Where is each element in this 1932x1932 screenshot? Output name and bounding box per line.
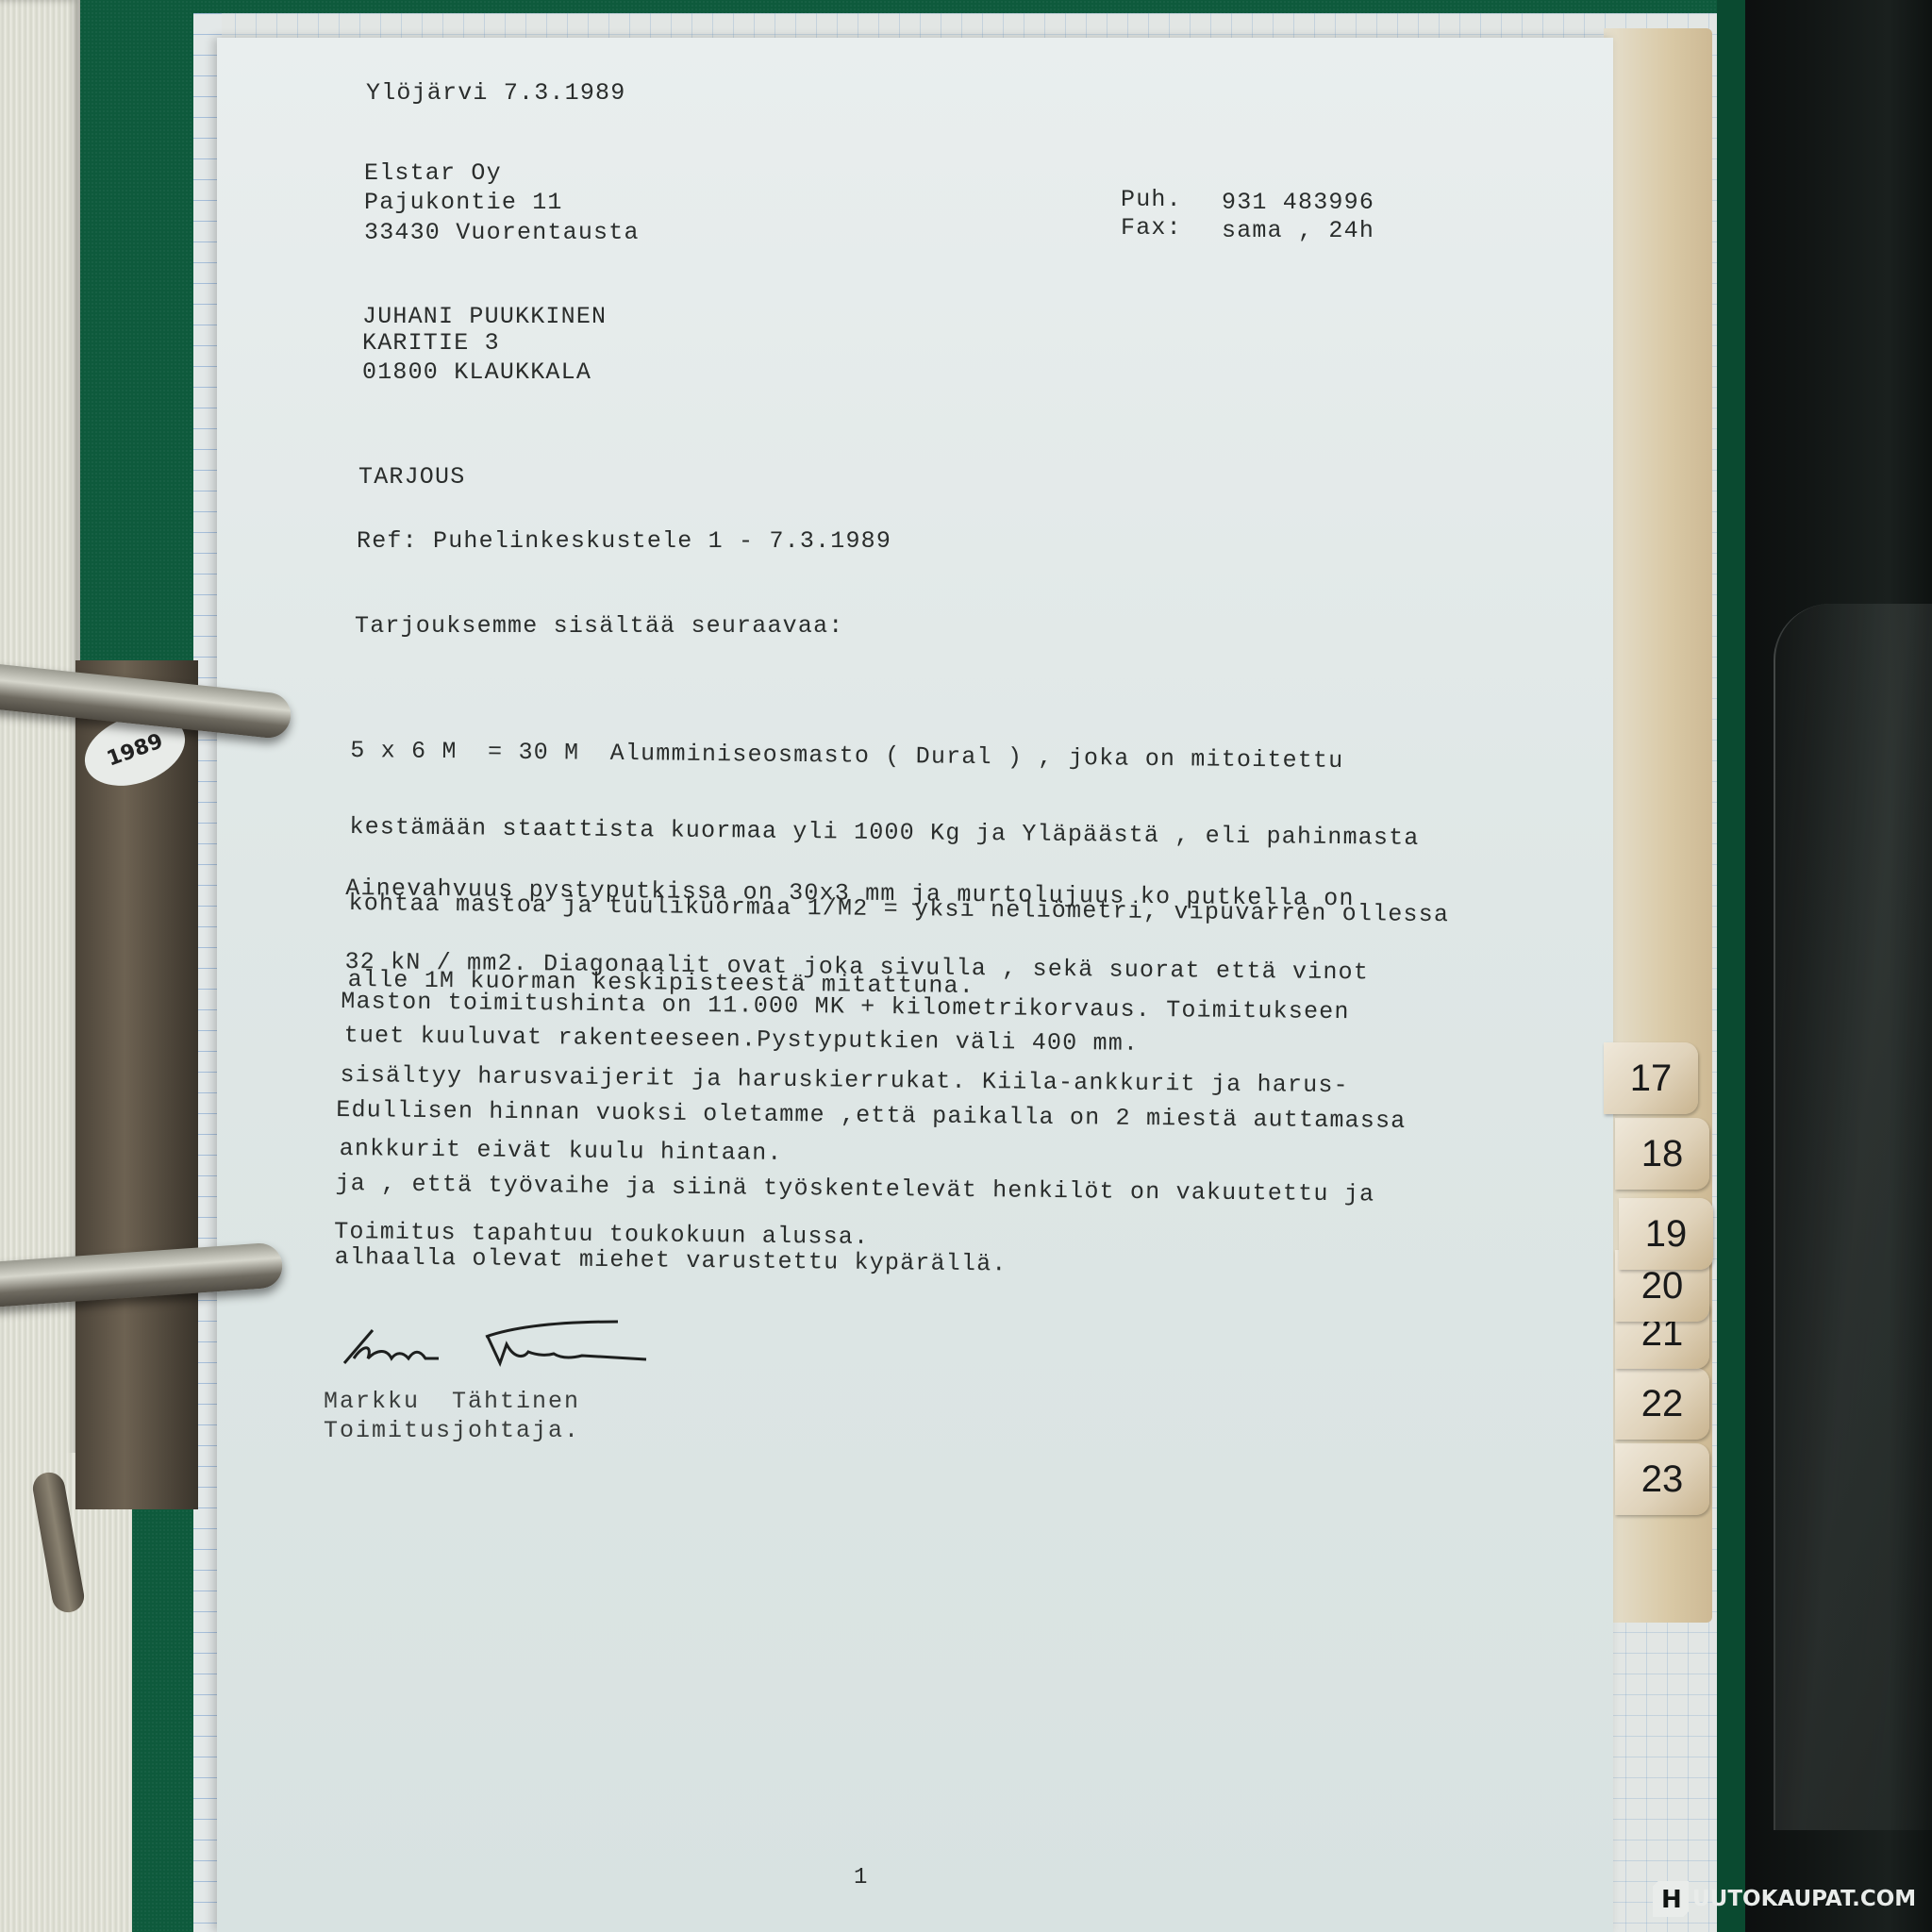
sender-street: Pajukontie 11: [364, 188, 563, 217]
index-tab-17[interactable]: 17: [1604, 1042, 1698, 1114]
subject: TARJOUS: [358, 462, 465, 491]
paragraph-line: Ainevahvuus pystyputkissa on 30x3 mm ja …: [345, 876, 1370, 911]
paragraph-line: Maston toimitushinta on 11.000 MK + kilo…: [341, 990, 1350, 1024]
paragraph-line: Edullisen hinnan vuoksi oletamme ,että p…: [336, 1098, 1406, 1134]
paragraph-delivery: Toimitus tapahtuu toukokuun alussa.: [334, 1158, 870, 1281]
watermark-text: UUTOKAUPAT.COM: [1692, 1887, 1916, 1911]
binder-cover-edge: [1717, 0, 1745, 1932]
place-date: Ylöjärvi 7.3.1989: [366, 78, 625, 108]
signer-name: Markku Tähtinen: [324, 1387, 580, 1416]
page-number: 1: [854, 1865, 867, 1890]
reference: Ref: Puhelinkeskustele 1 - 7.3.1989: [357, 526, 891, 556]
handwritten-signature: [335, 1316, 656, 1373]
phone-number: 931 483996: [1222, 188, 1374, 217]
signer-title: Toimitusjohtaja.: [324, 1416, 580, 1445]
plastic-sleeve: [1774, 604, 1932, 1830]
fax-value: sama , 24h: [1222, 216, 1374, 245]
ring-mechanism: [75, 660, 198, 1509]
index-tab-22[interactable]: 22: [1615, 1368, 1709, 1440]
paragraph-line: 5 x 6 M = 30 M Alumminiseosmasto ( Dural…: [350, 738, 1451, 774]
intro: Tarjouksemme sisältää seuraavaa:: [355, 611, 843, 641]
fax-label: Fax:: [1121, 213, 1182, 242]
sender-postal: 33430 Vuorentausta: [364, 218, 640, 247]
watermark: H UUTOKAUPAT.COM: [1653, 1879, 1916, 1919]
index-tab-18[interactable]: 18: [1615, 1118, 1709, 1190]
paragraph-line: Toimitus tapahtuu toukokuun alussa.: [334, 1217, 869, 1252]
recipient-postal: 01800 KLAUKKALA: [362, 358, 591, 387]
recipient-street: KARITIE 3: [362, 328, 500, 358]
recipient-name: JUHANI PUUKKINEN: [362, 302, 607, 331]
index-tab-19[interactable]: 19: [1619, 1198, 1713, 1270]
sender-name: Elstar Oy: [364, 158, 502, 188]
phone-label: Puh.: [1121, 185, 1182, 214]
huutokaupat-logo-icon: H: [1653, 1881, 1689, 1917]
index-tab-23[interactable]: 23: [1615, 1443, 1709, 1515]
